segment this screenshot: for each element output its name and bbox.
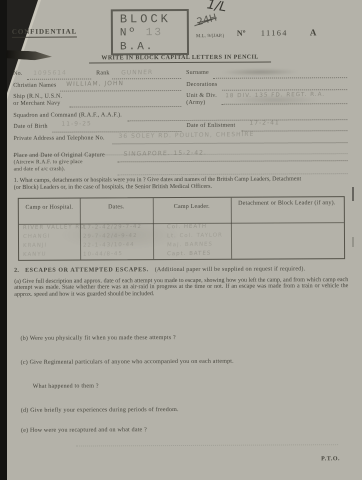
pencil-smudge xyxy=(60,220,180,250)
rank-value: GUNNER xyxy=(121,69,153,77)
section2-item-c2: What happened to them ? xyxy=(33,383,99,389)
section2-item-d: (d) Give briefly your experiences during… xyxy=(21,407,179,414)
capture-label-line2: (Aircrew R.A.F. to give place xyxy=(14,160,83,166)
table-row-leader: Capt. BATES xyxy=(167,251,211,258)
stamp-block-text: BLOCK xyxy=(120,12,187,26)
capture-label-line3: and date of a/c crash). xyxy=(14,167,66,173)
right-edge-mark xyxy=(352,187,354,201)
capture-continuation-line xyxy=(118,165,348,175)
surname-label: Surname xyxy=(186,70,209,76)
capture-label-line1: Place and Date of Original Capture xyxy=(14,152,105,158)
header-detachment-block-leader: Detachment or Block Leader (if any). xyxy=(233,200,341,207)
date-of-birth-value: 11-9-25 xyxy=(61,120,92,127)
answer-rule-line xyxy=(76,436,338,446)
ship-label-line2: or Merchant Navy xyxy=(13,101,60,107)
stamp-no-label: Nº xyxy=(120,27,137,39)
unit-div-label-line2: (Army) xyxy=(186,100,205,106)
section2-item-e: (e) How were you recaptured and on what … xyxy=(21,427,147,434)
ship-label-line1: Ship (R.N., U.S.N. xyxy=(13,94,62,100)
pto-label: P.T.O. xyxy=(321,456,340,462)
question1-line1: 1. What camps, detachments or hospitals … xyxy=(14,176,302,184)
squadron-command-label: Squadron and Command (R.A.F., A.A.F.). xyxy=(13,112,122,119)
confidential-label: CONFIDENTIAL xyxy=(12,28,77,38)
stamp-ba-text: B.A. xyxy=(120,40,187,54)
question1-line2: (or Block) Leaders or, in the case of ho… xyxy=(14,184,212,191)
serial-number: 11164 xyxy=(261,28,288,37)
section2-heading: 2. ESCAPES OR ATTEMPTED ESCAPES. (Additi… xyxy=(14,266,305,274)
section2-item-b: (b) Were you physically fit when you mad… xyxy=(20,335,175,342)
table-row-dates: 10-44/8-45 xyxy=(83,251,123,258)
section2-item-a: (a) Give full description and approx. da… xyxy=(14,277,348,298)
section2-item-c: (c) Give Regimental particulars of anyon… xyxy=(21,359,234,366)
ship-line xyxy=(69,98,181,108)
serial-no-label: Nº xyxy=(237,29,246,38)
table-row-camp: KANYU xyxy=(23,252,47,258)
enlistment-label: Date of Enlistment xyxy=(186,123,235,129)
no-label: No. xyxy=(13,71,22,77)
decorations-label: Decorations xyxy=(186,82,217,88)
unit-div-label-line1: Unit & Div. xyxy=(186,93,217,99)
scanned-pow-questionnaire: CONFIDENTIAL BLOCK Nº 13 B.A. 1/L 24H M.… xyxy=(0,0,362,480)
block-capitals-instruction: WRITE IN BLOCK CAPITAL LETTERS IN PENCIL xyxy=(89,55,271,64)
enlistment-value: 17-2-41 xyxy=(249,119,280,126)
header-camp-or-hospital: Camp or Hospital. xyxy=(19,205,80,211)
header-camp-leader: Camp Leader. xyxy=(153,204,231,210)
table-row-camp: KRANJI xyxy=(23,243,47,249)
rank-label: Rank xyxy=(96,70,109,76)
stamp-number-line: Nº 13 xyxy=(120,26,187,40)
form-content: CONFIDENTIAL BLOCK Nº 13 B.A. 1/L 24H M.… xyxy=(0,0,362,480)
christian-names-label: Christian Names xyxy=(13,83,56,89)
right-edge-mark xyxy=(352,237,354,247)
header-dates: Dates. xyxy=(80,204,153,210)
squadron-command-line xyxy=(127,111,347,121)
surname-illegible-smudge xyxy=(221,68,299,75)
private-address-label: Private Address and Telephone No. xyxy=(13,135,104,141)
section2-title: ESCAPES OR ATTEMPTED ESCAPES. xyxy=(25,267,149,274)
date-of-birth-label: Date of Birth xyxy=(13,124,47,130)
capture-value: SINGAPORE. 15-2-42. xyxy=(123,149,207,157)
section2-number: 2. xyxy=(14,268,19,274)
block-stamp: BLOCK Nº 13 B.A. xyxy=(111,9,189,55)
decorations-line xyxy=(222,81,347,91)
section2-note: (Additional paper will be supplied on re… xyxy=(155,266,306,273)
pencil-smudge xyxy=(230,95,320,105)
form-code-label: M.L. 9/(JAP.) xyxy=(196,34,225,39)
christian-names-value: WILLIAM, JOHN xyxy=(66,80,124,88)
stamp-no-value: 13 xyxy=(146,27,163,39)
no-value: 1095614 xyxy=(33,69,67,77)
serial-suffix: A xyxy=(310,27,317,37)
table-row-camp: CHANGI xyxy=(23,234,51,240)
